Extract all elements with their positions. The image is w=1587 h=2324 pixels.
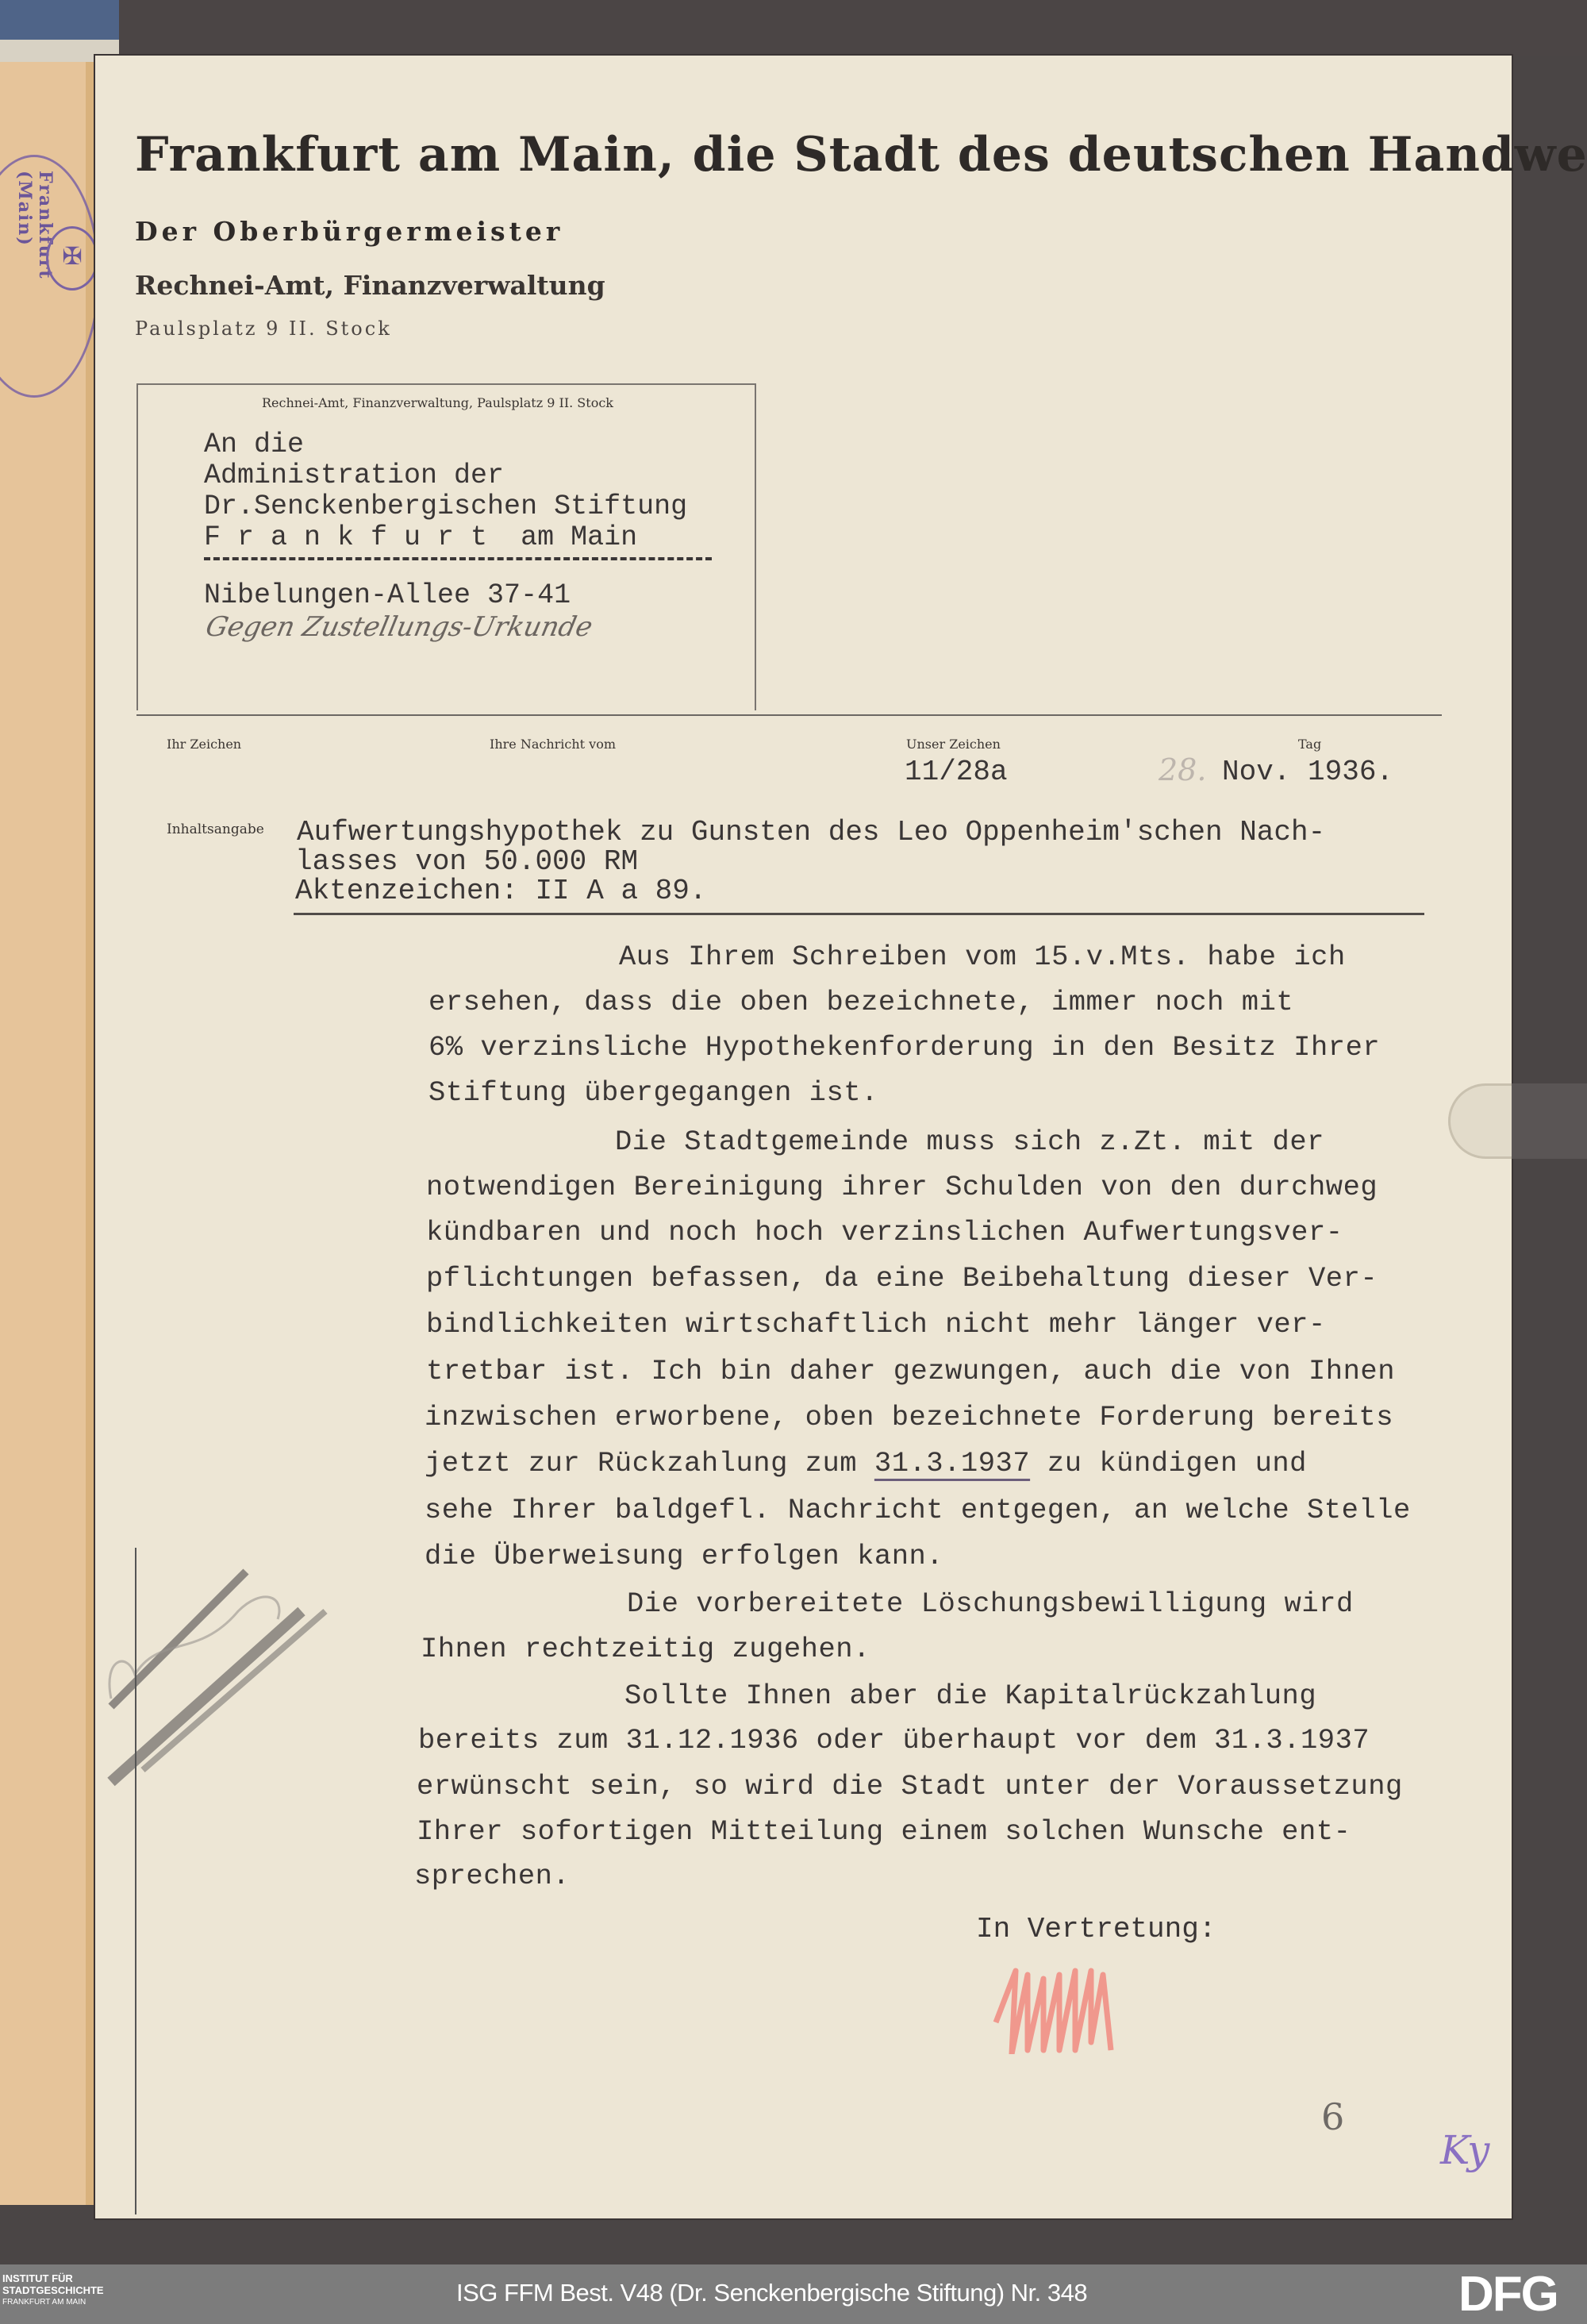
subject-line: Aufwertungshypothek zu Gunsten des Leo O… — [297, 816, 1325, 848]
body-line: sprechen. — [414, 1860, 570, 1892]
scanner-background — [103, 0, 1587, 56]
address-divider — [204, 557, 712, 560]
body-line: inzwischen erworbene, oben bezeichnete F… — [425, 1401, 1393, 1433]
red-signature — [992, 1967, 1159, 2054]
margin-rule — [135, 1548, 136, 2214]
archive-caption: ISG FFM Best. V48 (Dr. Senckenbergische … — [456, 2279, 1087, 2307]
body-line: tretbar ist. Ich bin daher gezwungen, au… — [426, 1355, 1395, 1387]
reference-rule — [136, 714, 1442, 716]
handwritten-day: 28. — [1159, 752, 1206, 787]
body-line: Sollte Ihnen aber die Kapitalrückzahlung — [624, 1680, 1316, 1712]
label-your-message: Ihre Nachricht vom — [490, 737, 616, 752]
recipient-street: Nibelungen-Allee 37-41 — [204, 579, 571, 611]
body-line: die Überweisung erfolgen kann. — [425, 1540, 943, 1572]
body-line: sehe Ihrer baldgefl. Nachricht entgegen,… — [425, 1494, 1411, 1526]
recipient-line: Dr.Senckenbergischen Stiftung — [204, 491, 687, 522]
institute-line: INSTITUT FÜR — [2, 2272, 104, 2284]
handwritten-note: Gegen Zustellungs-Urkunde — [203, 611, 596, 643]
page-clip-shadow — [1512, 1083, 1587, 1159]
label-our-ref: Unser Zeichen — [906, 737, 1001, 752]
body-line: Die Stadtgemeinde muss sich z.Zt. mit de… — [615, 1125, 1324, 1158]
letter-date: Nov. 1936. — [1222, 756, 1393, 788]
body-line: Aus Ihrem Schreiben vom 15.v.Mts. habe i… — [619, 941, 1346, 973]
pencil-scribble — [79, 1532, 357, 1794]
recipient-line: Administration der — [204, 460, 504, 491]
body-line: notwendigen Bereinigung ihrer Schulden v… — [426, 1171, 1378, 1203]
our-ref-value: 11/28a — [905, 756, 1008, 788]
stamp-emblem-icon: ✠ — [46, 226, 98, 290]
body-line: jetzt zur Rückzahlung zum 31.3.1937 zu k… — [425, 1447, 1307, 1479]
subject-line: Aktenzeichen: II A a 89. — [295, 875, 706, 907]
letterhead-department: Rechnei-Amt, Finanzverwaltung — [135, 270, 605, 301]
institute-logo: INSTITUT FÜR STADTGESCHICHTE FRANKFURT A… — [2, 2272, 104, 2308]
violet-initials: Ky — [1440, 2127, 1489, 2173]
subject-line: lasses von 50.000 RM — [295, 845, 638, 878]
letterhead-office: Der Oberbürgermeister — [135, 216, 563, 247]
letterhead-address: Paulsplatz 9 II. Stock — [135, 317, 392, 340]
repayment-date: 31.3.1937 — [874, 1447, 1030, 1479]
body-line: bindlichkeiten wirtschaftlich nicht mehr… — [426, 1308, 1326, 1341]
recipient-line: An die — [204, 429, 304, 460]
signoff: In Vertretung: — [976, 1913, 1216, 1945]
body-line: pflichtungen befassen, da eine Beibehalt… — [426, 1262, 1378, 1295]
body-line: bereits zum 31.12.1936 oder überhaupt vo… — [418, 1724, 1370, 1756]
body-line: ersehen, dass die oben bezeichnete, imme… — [428, 986, 1293, 1018]
body-line: Stiftung übergegangen ist. — [428, 1076, 878, 1109]
recipient-line: F r a n k f u r t am Main — [204, 521, 637, 553]
letterhead-title: Frankfurt am Main, die Stadt des deutsch… — [135, 127, 1444, 183]
body-line: 6% verzinsliche Hypothekenforderung in d… — [428, 1031, 1380, 1064]
institute-line: FRANKFURT AM MAIN — [2, 2296, 104, 2308]
body-line: Ihnen rechtzeitig zugehen. — [421, 1633, 870, 1665]
archive-footer: INSTITUT FÜR STADTGESCHICHTE FRANKFURT A… — [0, 2264, 1587, 2324]
institute-line: STADTGESCHICHTE — [2, 2284, 104, 2296]
subject-label: Inhaltsangabe — [167, 821, 264, 837]
dfg-logo-icon: DFG — [1458, 2271, 1558, 2318]
body-line: Die vorbereitete Löschungsbewilligung wi… — [627, 1587, 1354, 1620]
body-text: jetzt zur Rückzahlung zum — [425, 1447, 874, 1479]
subject-underline — [294, 913, 1424, 915]
body-line: kündbaren und noch hoch verzinslichen Au… — [426, 1216, 1343, 1249]
page-number-annotation: 6 — [1321, 2095, 1344, 2138]
body-line: Ihrer sofortigen Mitteilung einem solche… — [417, 1815, 1351, 1848]
label-day: Tag — [1298, 737, 1321, 752]
return-address: Rechnei-Amt, Finanzverwaltung, Paulsplat… — [262, 395, 613, 410]
body-text: zu kündigen und — [1030, 1447, 1307, 1479]
label-your-ref: Ihr Zeichen — [167, 737, 241, 752]
body-line: erwünscht sein, so wird die Stadt unter … — [417, 1770, 1403, 1803]
